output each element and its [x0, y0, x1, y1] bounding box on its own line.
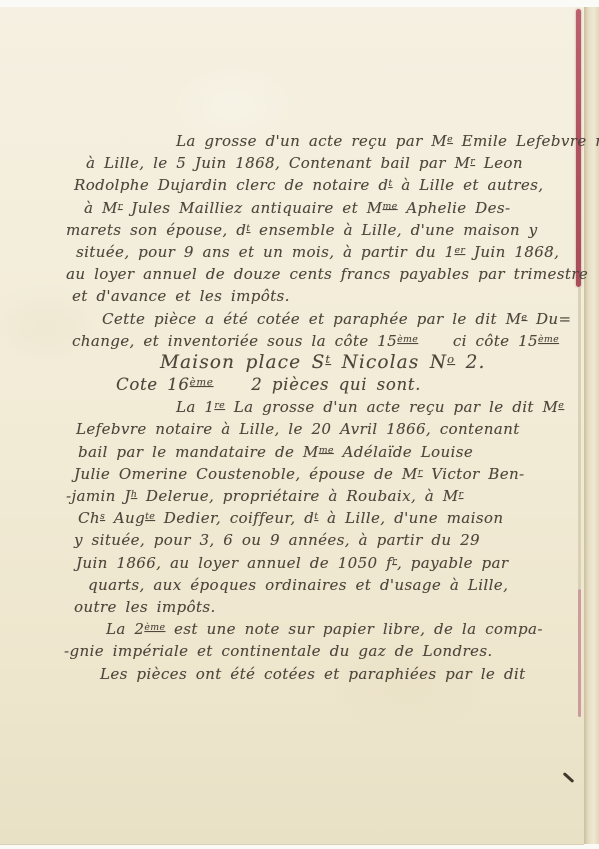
handwritten-line: Julie Omerine Coustenoble, épouse de Mr … — [64, 463, 584, 485]
manuscript-scan: La grosse d'un acte reçu par Me Emile Le… — [0, 0, 599, 849]
handwritten-line: située, pour 9 ans et un mois, à partir … — [64, 241, 584, 263]
handwritten-line: y située, pour 3, 6 ou 9 années, à parti… — [64, 529, 584, 551]
handwritten-text-block: La grosse d'un acte reçu par Me Emile Le… — [64, 130, 584, 685]
handwritten-line-heading: Maison place St Nicolas No 2. — [64, 352, 584, 374]
handwritten-line: et d'avance et les impôts. — [64, 285, 584, 307]
handwritten-line: au loyer annuel de douze cents francs pa… — [64, 263, 584, 285]
handwritten-line: à Mr Jules Mailliez antiquaire et Mme Ap… — [64, 197, 584, 219]
handwritten-line: La 1re La grosse d'un acte reçu par le d… — [64, 396, 584, 418]
handwritten-line: La 2ème est une note sur papier libre, d… — [64, 618, 584, 640]
handwritten-line: -jamin Jh Delerue, propriétaire à Roubai… — [64, 485, 584, 507]
handwritten-line: change, et inventoriée sous la côte 15èm… — [64, 330, 584, 352]
handwritten-line: bail par le mandataire de Mme Adélaïde L… — [64, 441, 584, 463]
handwritten-line: Cette pièce a été cotée et paraphée par … — [64, 308, 584, 330]
handwritten-line: Lefebvre notaire à Lille, le 20 Avril 18… — [64, 418, 584, 440]
handwritten-line: marets son épouse, dt ensemble à Lille, … — [64, 219, 584, 241]
handwritten-line-cote: Cote 16ème 2 pièces qui sont. — [64, 374, 584, 396]
handwritten-line: -gnie impériale et continentale du gaz d… — [64, 640, 584, 662]
handwritten-line: outre les impôts. — [64, 596, 584, 618]
handwritten-line: Rodolphe Dujardin clerc de notaire dt à … — [64, 174, 584, 196]
handwritten-line: Juin 1866, au loyer annuel de 1050 fr, p… — [64, 552, 584, 574]
handwritten-line: Les pièces ont été cotées et paraphiées … — [64, 663, 584, 685]
handwritten-line: La grosse d'un acte reçu par Me Emile Le… — [64, 130, 584, 152]
handwritten-line: quarts, aux époques ordinaires et d'usag… — [64, 574, 584, 596]
handwritten-line: Chs Augte Dedier, coiffeur, dt à Lille, … — [64, 507, 584, 529]
handwritten-line: à Lille, le 5 Juin 1868, Contenant bail … — [64, 152, 584, 174]
